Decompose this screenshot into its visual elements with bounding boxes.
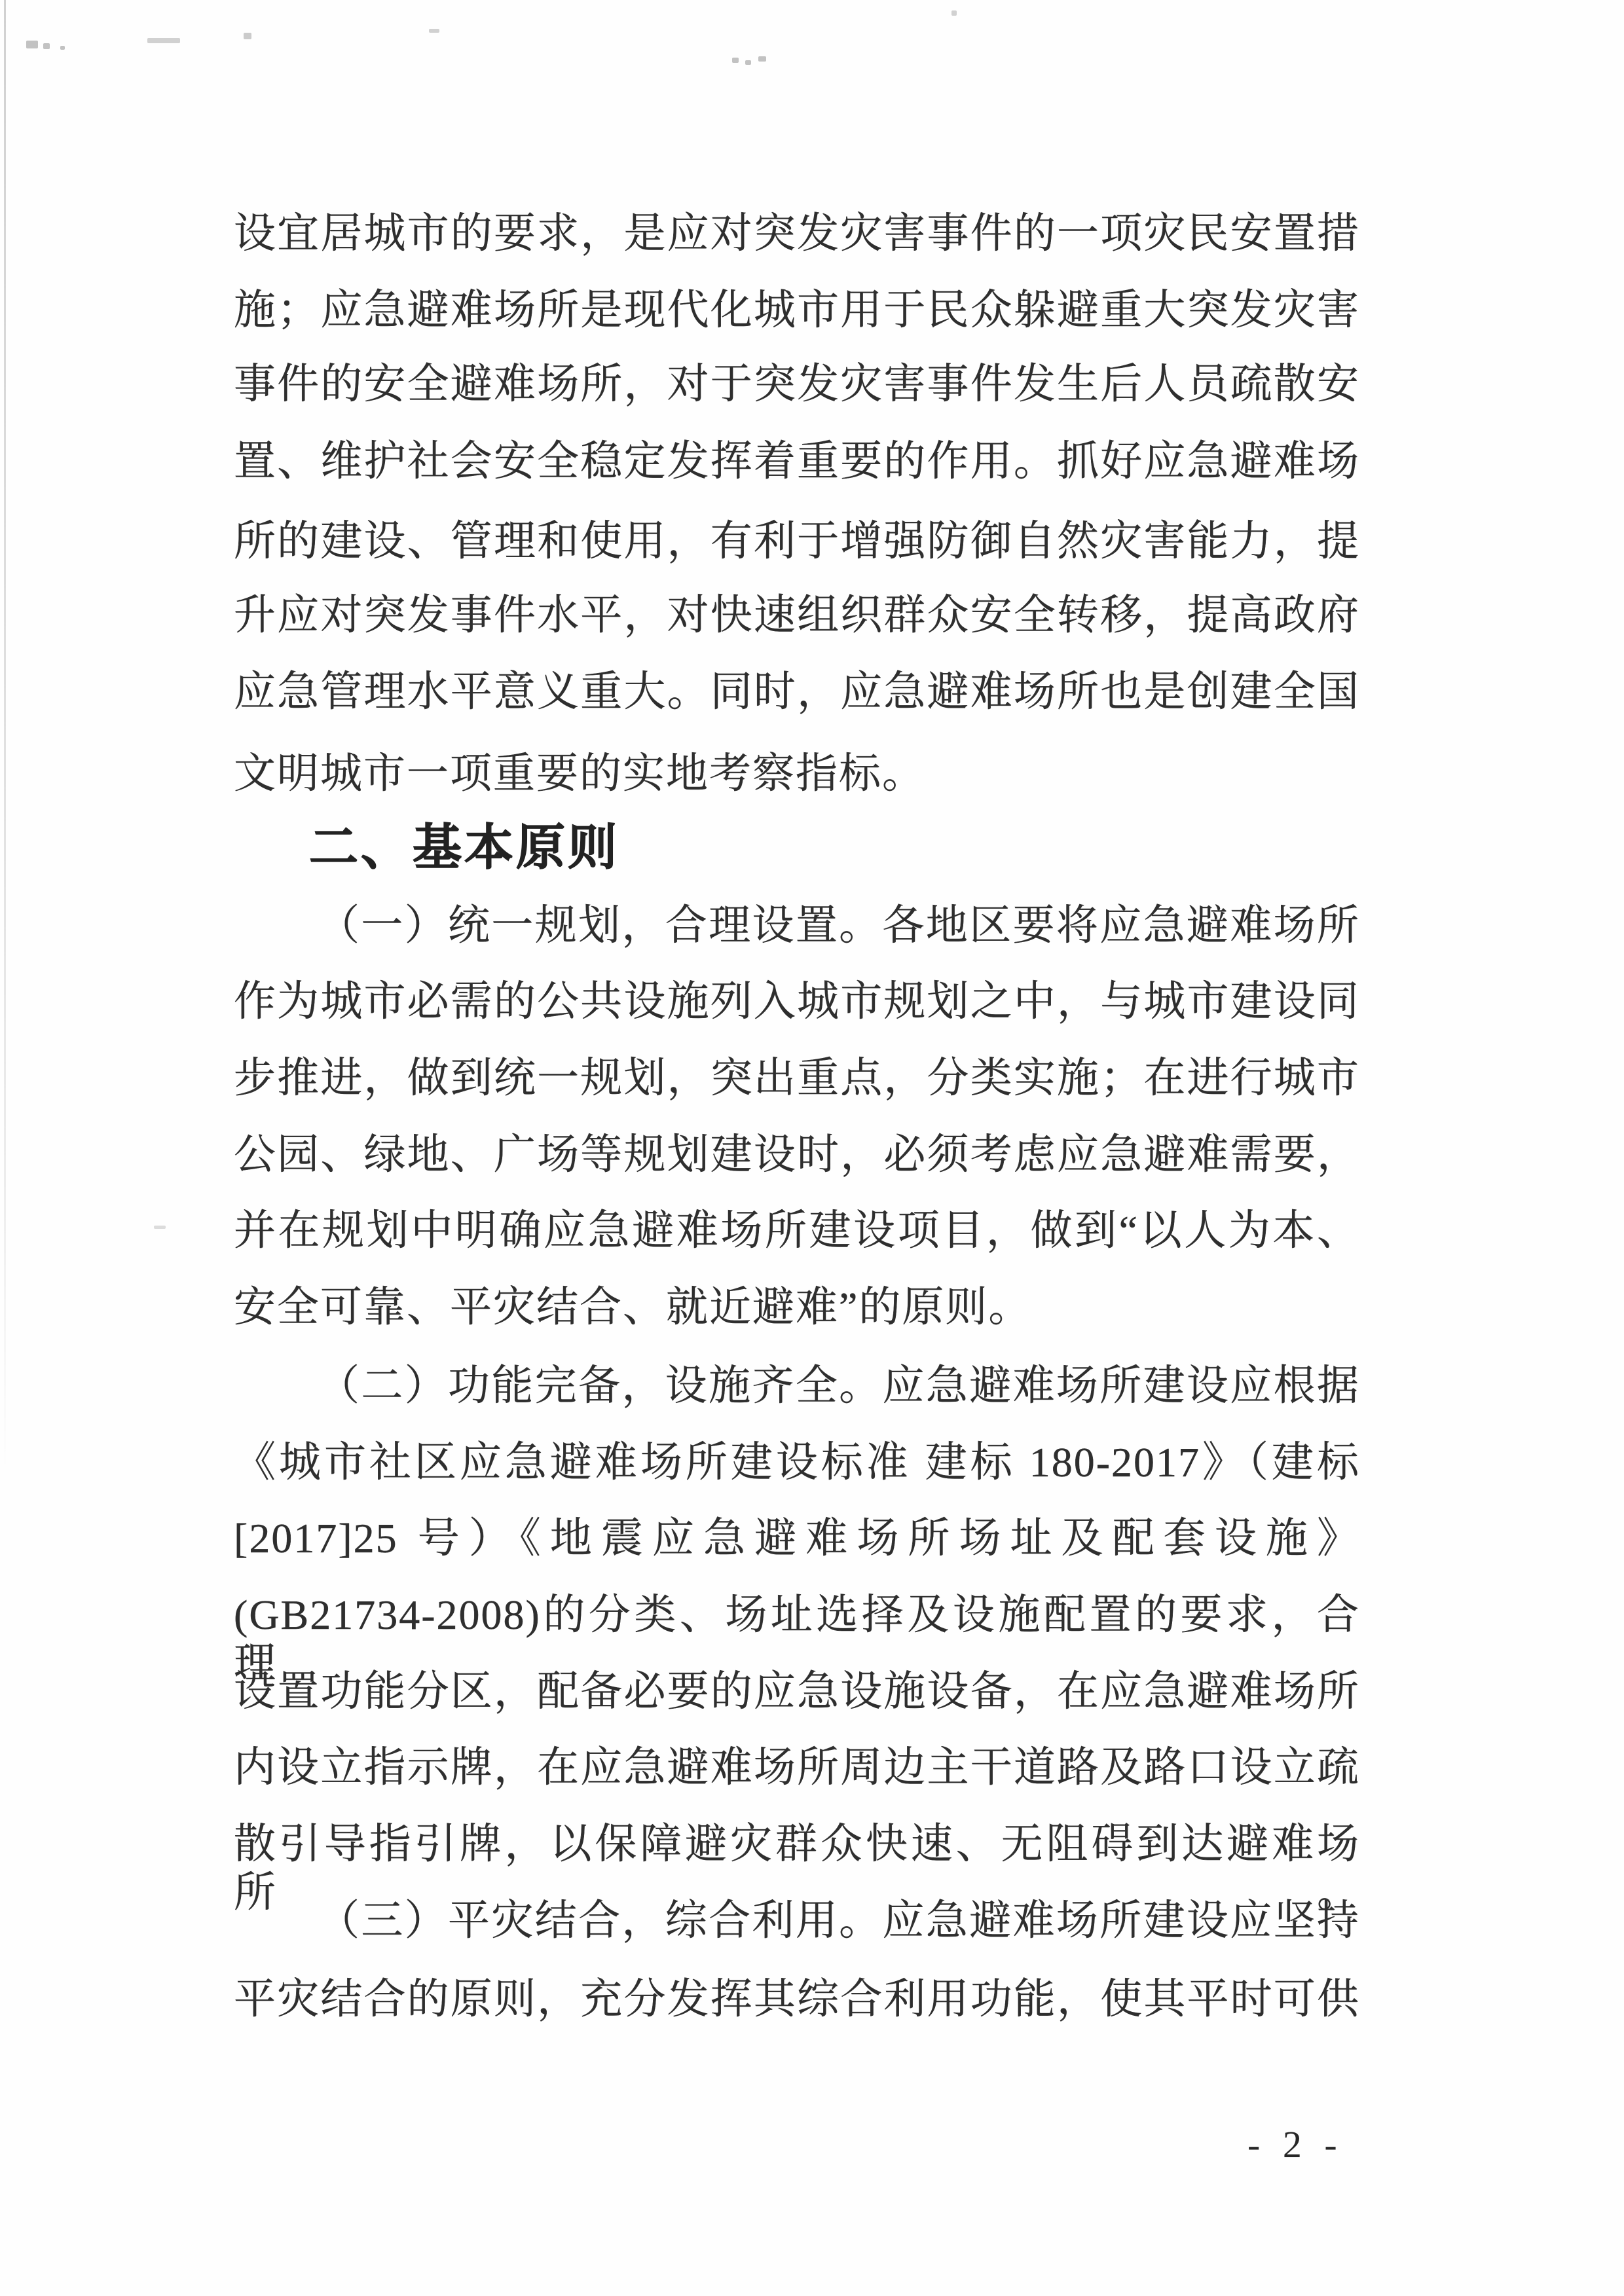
- scan-speck: [60, 46, 65, 50]
- body-line: 施；应急避难场所是现代化城市用于民众躲避重大突发灾害: [234, 286, 1360, 335]
- body-line: 《城市社区应急避难场所建设标准 建标 180-2017》（建标: [234, 1438, 1360, 1487]
- body-line: 安全可靠、平灾结合、就近避难”的原则。: [234, 1283, 1360, 1332]
- body-line: （三）平灾结合，综合利用。应急避难场所建设应坚持: [234, 1897, 1360, 1945]
- scan-speck: [26, 41, 38, 48]
- body-line: 作为城市必需的公共设施列入城市规划之中，与城市建设同: [234, 977, 1360, 1026]
- scan-speck: [43, 43, 50, 49]
- body-line: （一）统一规划，合理设置。各地区要将应急避难场所: [234, 902, 1360, 950]
- body-line: （二）功能完备，设施齐全。应急避难场所建设应根据: [234, 1362, 1360, 1410]
- page-number: - 2 -: [1247, 2123, 1344, 2166]
- body-line: 并在规划中明确应急避难场所建设项目，做到“以人为本、: [234, 1207, 1360, 1255]
- document-body: 设宜居城市的要求，是应对突发灾害事件的一项灾民安置措施；应急避难场所是现代化城市…: [234, 0, 1360, 2296]
- body-line: 事件的安全避难场所，对于突发灾害事件发生后人员疏散安: [234, 360, 1360, 409]
- body-line: 所的建设、管理和使用，有利于增强防御自然灾害能力，提: [234, 517, 1360, 566]
- body-line: [2017]25 号）《地震应急避难场所场址及配套设施》: [234, 1514, 1360, 1563]
- body-line: 设置功能分区，配备必要的应急设施设备，在应急避难场所: [234, 1667, 1360, 1716]
- section-heading: 二、基本原则: [234, 820, 1360, 877]
- scan-edge-line: [4, 0, 6, 1473]
- body-line: 内设立指示牌，在应急避难场所周边主干道路及路口设立疏: [234, 1743, 1360, 1792]
- body-line: 平灾结合的原则，充分发挥其综合利用功能，使其平时可供: [234, 1975, 1360, 2024]
- body-line: 应急管理水平意义重大。同时，应急避难场所也是创建全国: [234, 668, 1360, 716]
- body-line: 设宜居城市的要求，是应对突发灾害事件的一项灾民安置措: [234, 210, 1360, 258]
- scan-speck: [154, 1226, 166, 1229]
- body-line: 公园、绿地、广场等规划建设时，必须考虑应急避难需要，: [234, 1131, 1360, 1179]
- scan-speck: [147, 38, 180, 43]
- body-line: 文明城市一项重要的实地考察指标。: [234, 750, 1360, 798]
- body-line: 置、维护社会安全稳定发挥着重要的作用。抓好应急避难场: [234, 437, 1360, 486]
- document-page: 设宜居城市的要求，是应对突发灾害事件的一项灾民安置措施；应急避难场所是现代化城市…: [0, 0, 1624, 2296]
- body-line: 步推进，做到统一规划，突出重点，分类实施；在进行城市: [234, 1054, 1360, 1102]
- body-line: 升应对突发事件水平，对快速组织群众安全转移，提高政府: [234, 591, 1360, 640]
